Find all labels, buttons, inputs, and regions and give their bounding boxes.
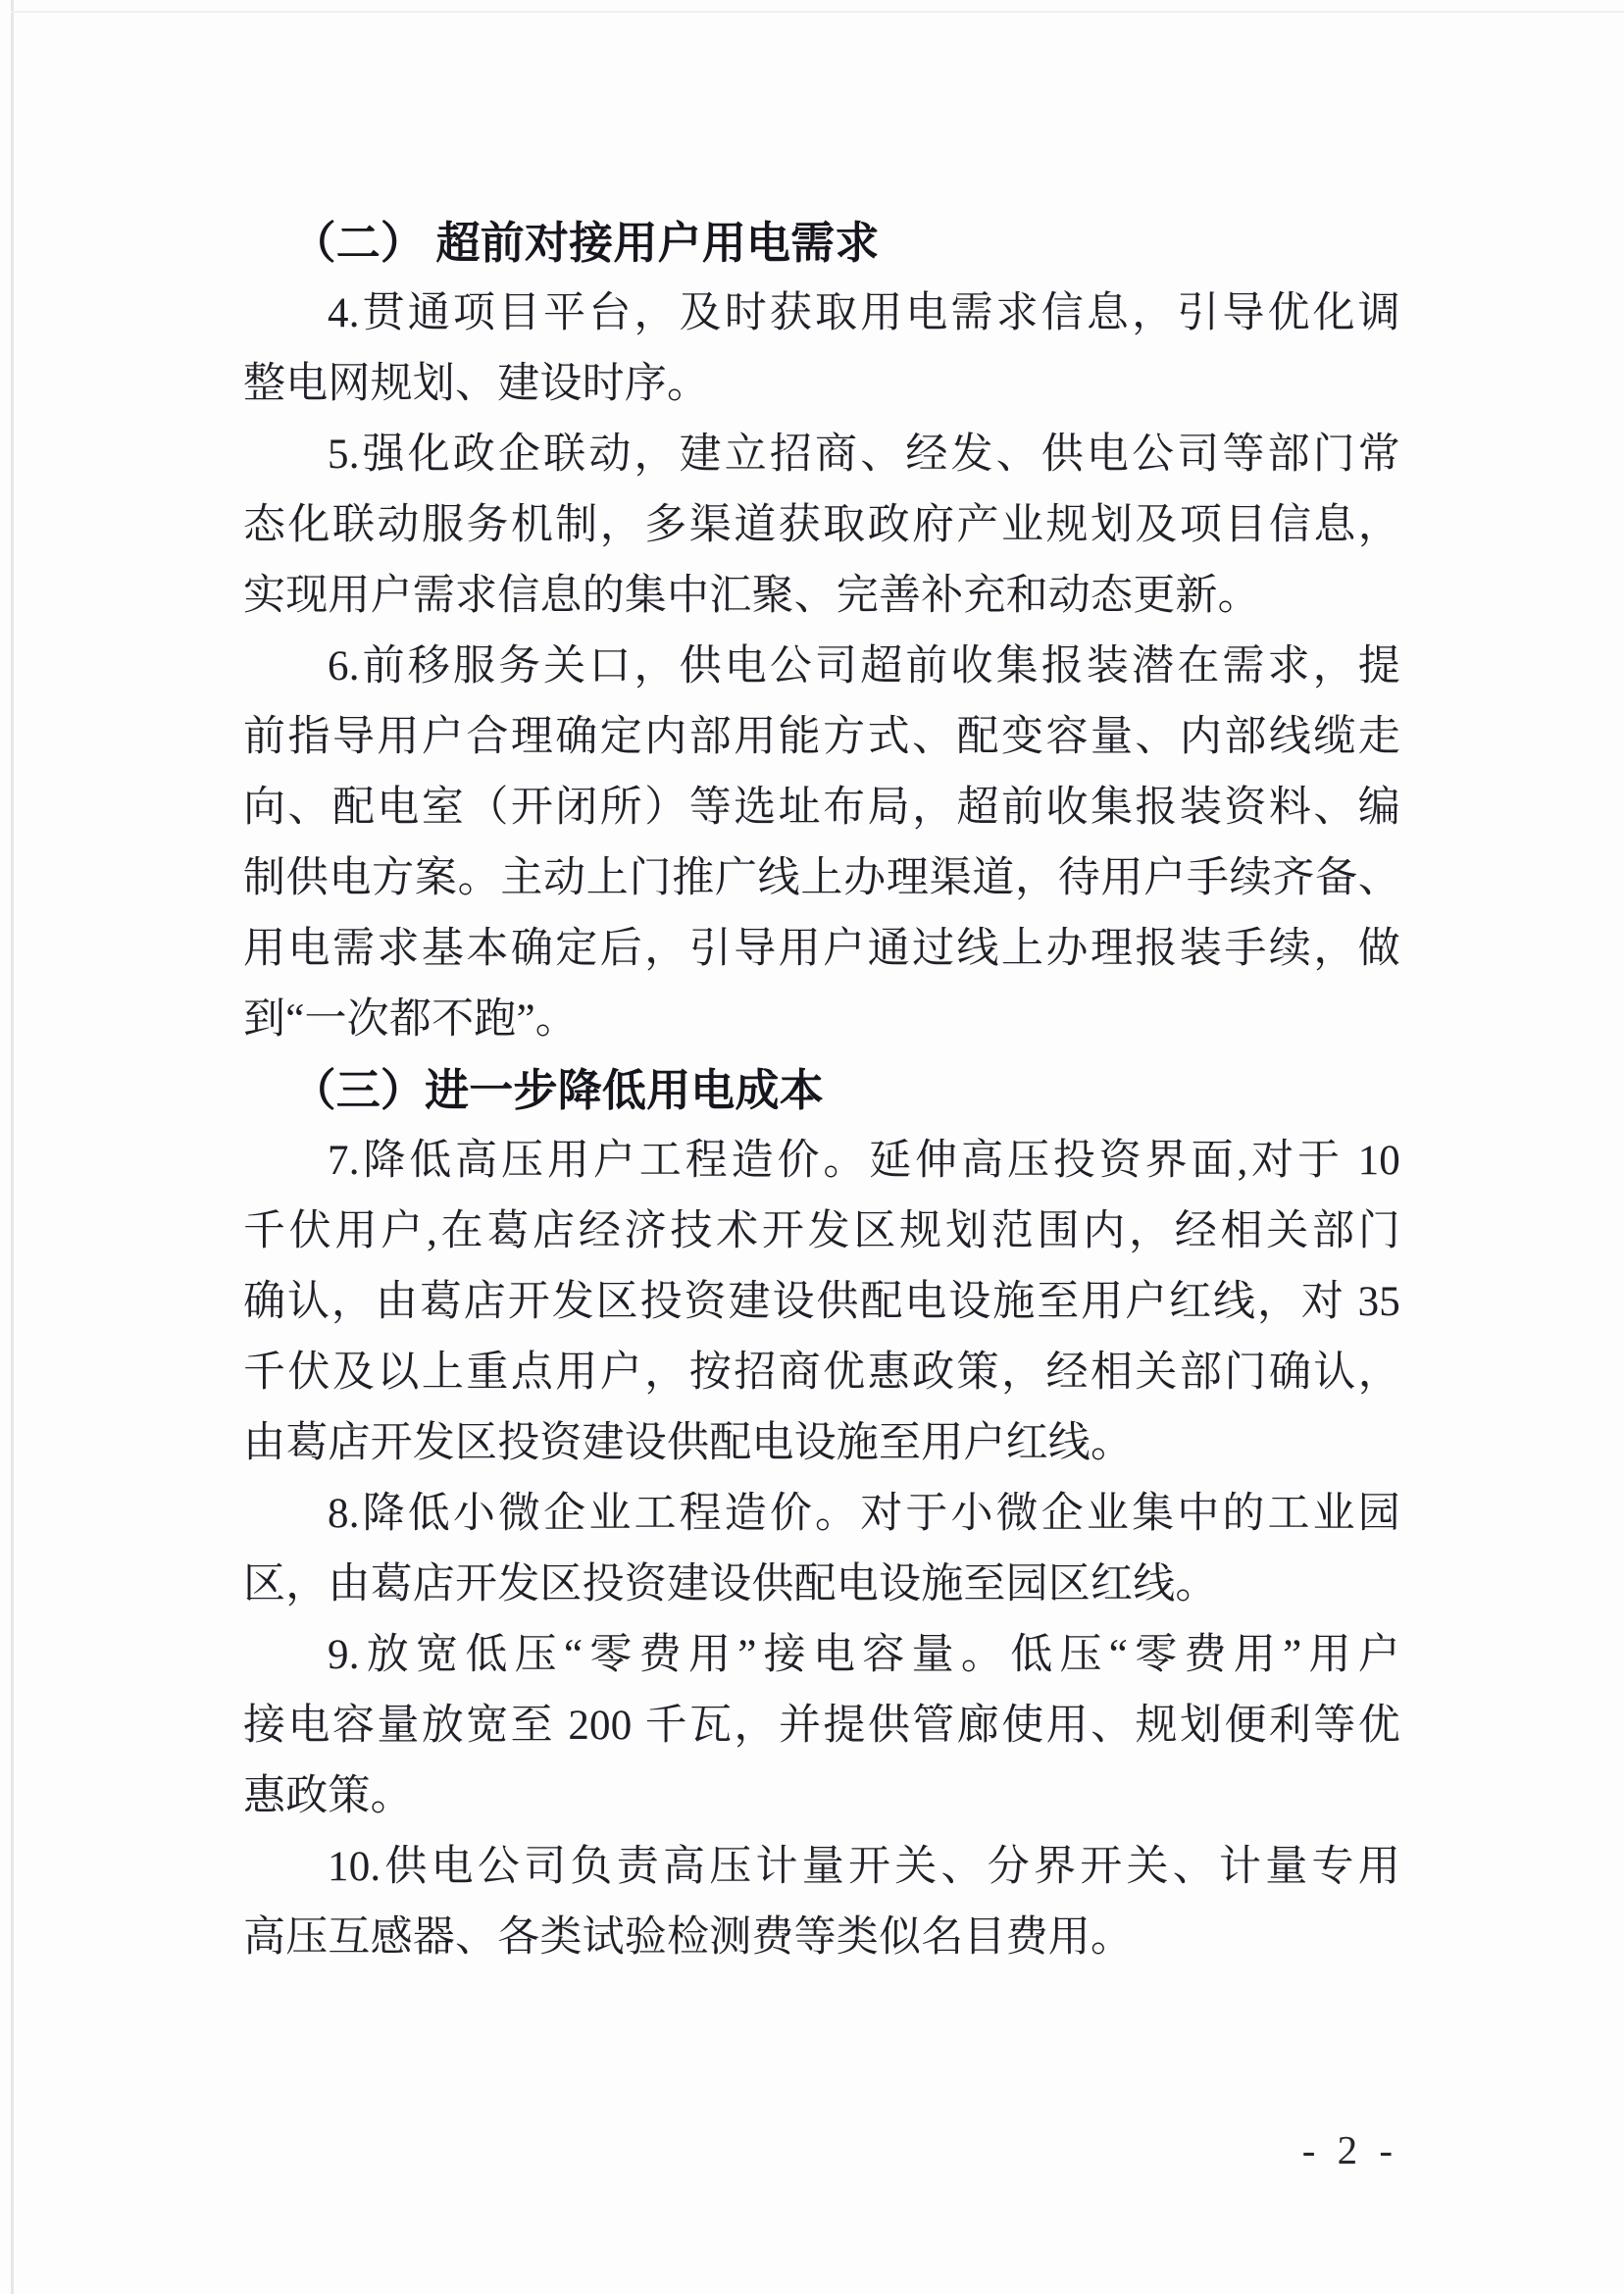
- page-number: - 2 -: [1302, 2126, 1398, 2173]
- text-line: 确认，由葛店开发区投资建设供配电设施至用户红线，对 35: [243, 1267, 1400, 1338]
- text-line: 9.放宽低压“零费用”接电容量。低压“零费用”用户: [243, 1620, 1400, 1691]
- text-line: 高压互感器、各类试验检测费等类似名目费用。: [243, 1903, 1400, 1973]
- text-line: 10.供电公司负责高压计量开关、分界开关、计量专用: [243, 1832, 1400, 1903]
- text-line: 由葛店开发区投资建设供配电设施至用户红线。: [243, 1408, 1400, 1479]
- text-line: 5.强化政企联动，建立招商、经发、供电公司等部门常: [243, 420, 1400, 490]
- text-line: 用电需求基本确定后，引导用户通过线上办理报装手续，做: [243, 914, 1400, 985]
- text-line: 到“一次都不跑”。: [243, 985, 1400, 1055]
- text-line: 惠政策。: [243, 1761, 1400, 1832]
- text-line: 6.前移服务关口，供电公司超前收集报装潜在需求，提: [243, 632, 1400, 702]
- text-line: 4.贯通项目平台，及时获取用电需求信息，引导优化调: [243, 279, 1400, 349]
- text-line: 制供电方案。主动上门推广线上办理渠道，待用户手续齐备、: [243, 843, 1400, 914]
- section-heading-2: （二） 超前对接用户用电需求: [243, 208, 1400, 279]
- text-line: 整电网规划、建设时序。: [243, 349, 1400, 420]
- text-line: 实现用户需求信息的集中汇聚、完善补充和动态更新。: [243, 561, 1400, 632]
- section-heading-3: （三）进一步降低用电成本: [243, 1055, 1400, 1126]
- text-line: 7.降低高压用户工程造价。延伸高压投资界面,对于 10: [243, 1126, 1400, 1197]
- document-body: （二） 超前对接用户用电需求 4.贯通项目平台，及时获取用电需求信息，引导优化调…: [243, 208, 1400, 1973]
- text-line: 态化联动服务机制，多渠道获取政府产业规划及项目信息，: [243, 490, 1400, 561]
- text-line: 前指导用户合理确定内部用能方式、配变容量、内部线缆走: [243, 702, 1400, 773]
- text-line: 千伏及以上重点用户，按招商优惠政策，经相关部门确认，: [243, 1338, 1400, 1408]
- text-line: 接电容量放宽至 200 千瓦，并提供管廊使用、规划便利等优: [243, 1691, 1400, 1761]
- text-line: 千伏用户,在葛店经济技术开发区规划范围内，经相关部门: [243, 1197, 1400, 1267]
- text-line: 向、配电室（开闭所）等选址布局，超前收集报装资料、编: [243, 773, 1400, 843]
- text-line: 8.降低小微企业工程造价。对于小微企业集中的工业园: [243, 1479, 1400, 1550]
- scan-edge-line-horizontal: [11, 11, 1624, 13]
- scan-edge-line-vertical: [11, 0, 14, 2294]
- text-line: 区，由葛店开发区投资建设供配电设施至园区红线。: [243, 1550, 1400, 1620]
